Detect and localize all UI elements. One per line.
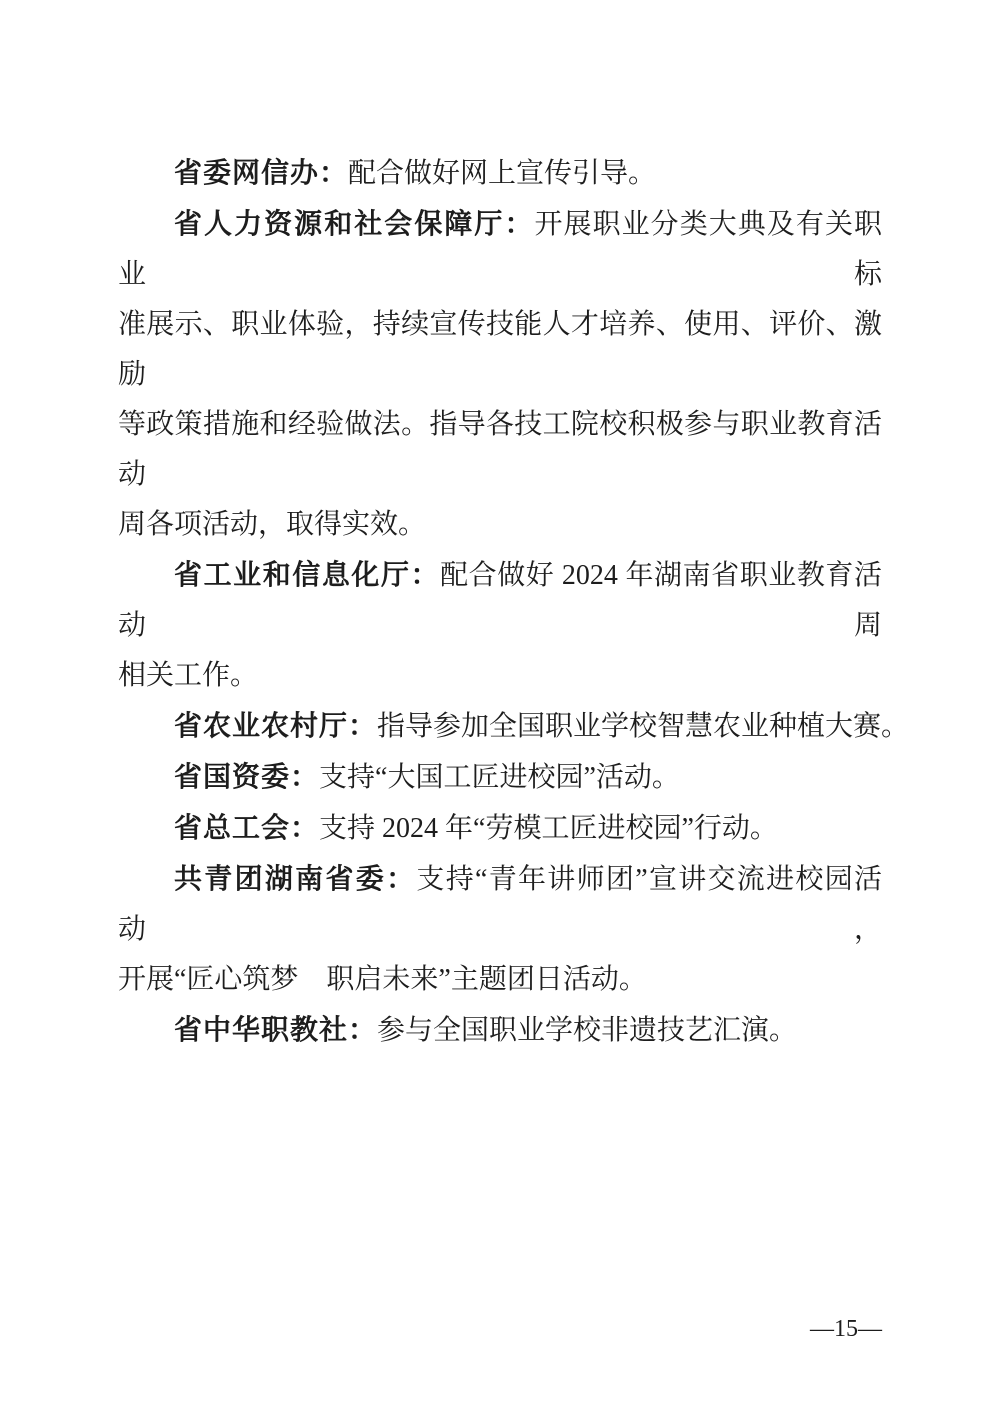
- paragraph: 省总工会：支持 2024 年“劳模工匠进校园”行动。: [118, 803, 882, 854]
- line: 等政策措施和经验做法。指导各技工院校积极参与职业教育活动: [118, 400, 882, 500]
- line-text: 支持“大国工匠进校园”活动。: [319, 762, 680, 793]
- paragraph: 省国资委：支持“大国工匠进校园”活动。: [118, 752, 882, 803]
- line: 省委网信办：配合做好网上宣传引导。: [118, 148, 882, 199]
- line-text: 相关工作。: [118, 660, 258, 691]
- line-text: 支持 2024 年“劳模工匠进校园”行动。: [319, 813, 778, 844]
- line: 省工业和信息化厅：配合做好 2024 年湖南省职业教育活动周: [118, 550, 882, 651]
- line: 省人力资源和社会保障厅：开展职业分类大典及有关职业标: [118, 199, 882, 300]
- agency-heading: 省委网信办：: [174, 157, 348, 188]
- agency-heading: 省总工会：: [174, 812, 319, 843]
- line: 开展“匠心筑梦 职启未来”主题团日活动。: [118, 955, 882, 1005]
- page-number: —15—: [810, 1316, 882, 1342]
- document-body: 省委网信办：配合做好网上宣传引导。 省人力资源和社会保障厅：开展职业分类大典及有…: [118, 148, 882, 1056]
- paragraph: 共青团湖南省委：支持“青年讲师团”宣讲交流进校园活动， 开展“匠心筑梦 职启未来…: [118, 854, 882, 1005]
- line-text: 准展示、职业体验，持续宣传技能人才培养、使用、评价、激励: [118, 309, 882, 390]
- agency-heading: 省国资委：: [174, 761, 319, 792]
- line-text: 等政策措施和经验做法。指导各技工院校积极参与职业教育活动: [118, 409, 882, 490]
- line-text: 参与全国职业学校非遗技艺汇演。: [377, 1015, 797, 1046]
- agency-heading: 省人力资源和社会保障厅：: [174, 208, 535, 239]
- agency-heading: 省中华职教社：: [174, 1014, 377, 1045]
- agency-heading: 省工业和信息化厅：: [174, 559, 440, 590]
- agency-heading: 共青团湖南省委：: [174, 863, 416, 894]
- paragraph: 省工业和信息化厅：配合做好 2024 年湖南省职业教育活动周 相关工作。: [118, 550, 882, 701]
- line: 省总工会：支持 2024 年“劳模工匠进校园”行动。: [118, 803, 882, 854]
- paragraph: 省人力资源和社会保障厅：开展职业分类大典及有关职业标 准展示、职业体验，持续宣传…: [118, 199, 882, 550]
- line: 省中华职教社：参与全国职业学校非遗技艺汇演。: [118, 1005, 882, 1056]
- line: 相关工作。: [118, 651, 882, 701]
- line: 准展示、职业体验，持续宣传技能人才培养、使用、评价、激励: [118, 300, 882, 400]
- line-text: 配合做好网上宣传引导。: [348, 158, 656, 189]
- line-text: 开展“匠心筑梦 职启未来”主题团日活动。: [118, 964, 647, 995]
- line-text: 周各项活动，取得实效。: [118, 509, 426, 540]
- document-page: 省委网信办：配合做好网上宣传引导。 省人力资源和社会保障厅：开展职业分类大典及有…: [0, 0, 1000, 1415]
- paragraph: 省农业农村厅：指导参加全国职业学校智慧农业种植大赛。: [118, 701, 882, 752]
- line: 周各项活动，取得实效。: [118, 500, 882, 550]
- line-text: 指导参加全国职业学校智慧农业种植大赛。: [377, 711, 909, 742]
- line: 共青团湖南省委：支持“青年讲师团”宣讲交流进校园活动，: [118, 854, 882, 955]
- paragraph: 省委网信办：配合做好网上宣传引导。: [118, 148, 882, 199]
- line: 省农业农村厅：指导参加全国职业学校智慧农业种植大赛。: [118, 701, 882, 752]
- page-footer: —15—: [810, 1316, 882, 1343]
- paragraph: 省中华职教社：参与全国职业学校非遗技艺汇演。: [118, 1005, 882, 1056]
- line: 省国资委：支持“大国工匠进校园”活动。: [118, 752, 882, 803]
- agency-heading: 省农业农村厅：: [174, 710, 377, 741]
